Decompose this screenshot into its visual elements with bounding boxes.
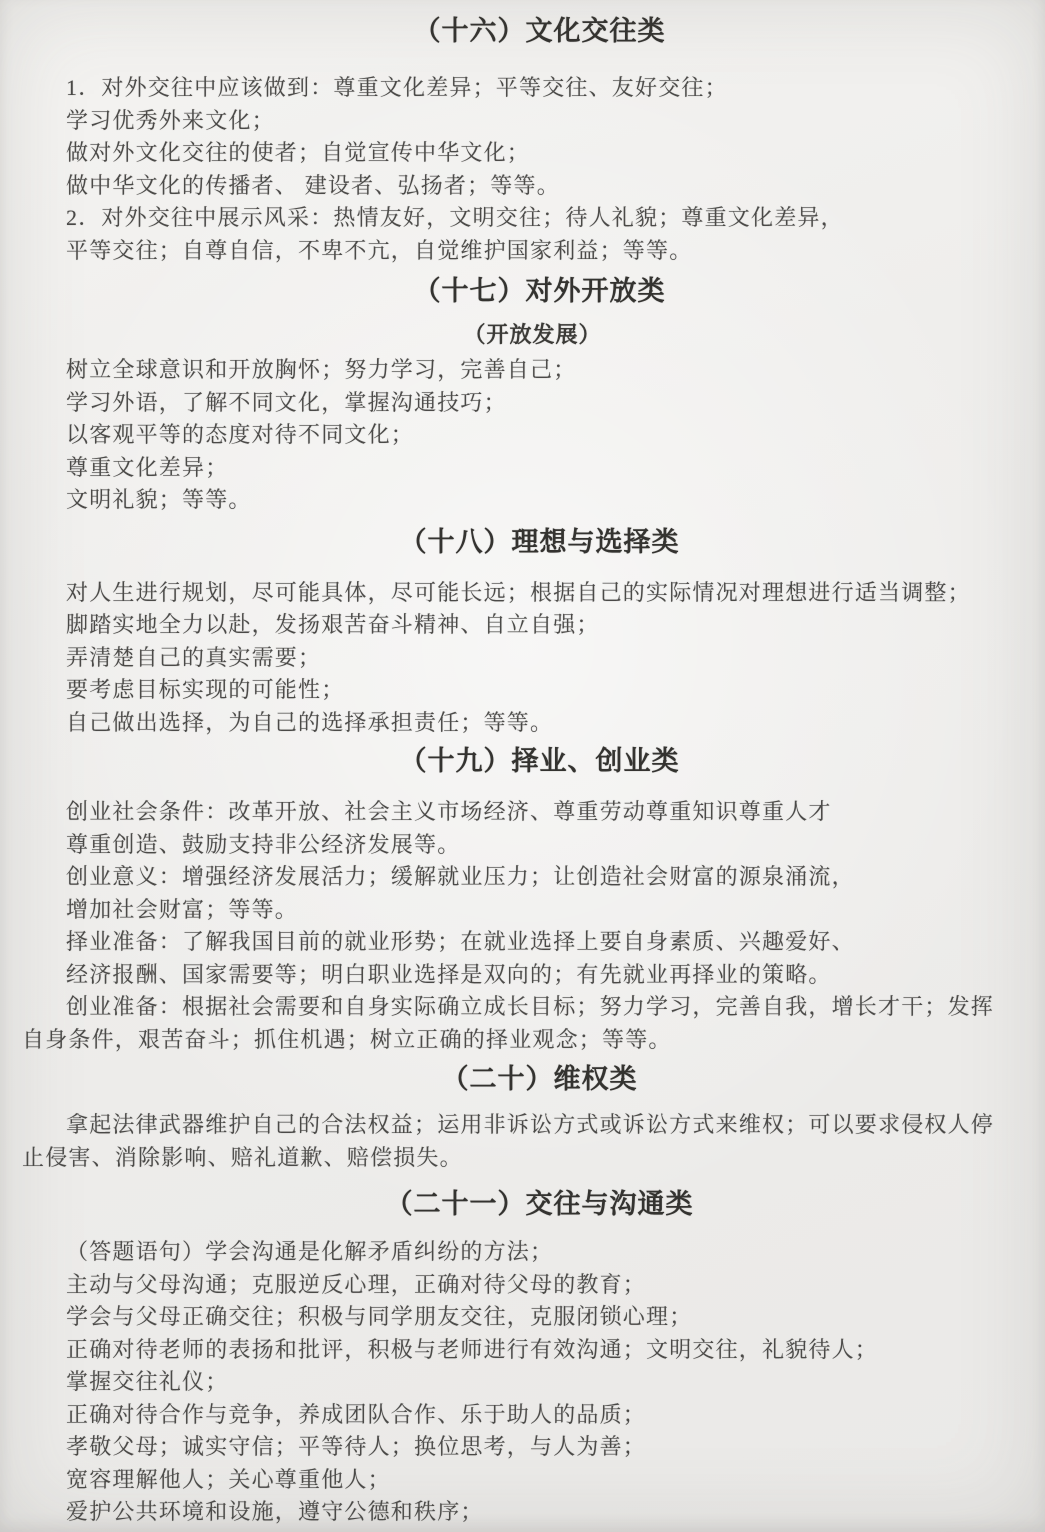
text-line: 创业准备：根据社会需要和自身实际确立成长目标；努力学习，完善自我，增长才干；发挥 <box>22 991 1027 1024</box>
text-line: 以客观平等的态度对待不同文化； <box>22 419 1027 452</box>
text-line: 做中华文化的传播者、 建设者、弘扬者；等等。 <box>22 170 1027 203</box>
section-subtitle: （开放发展） <box>30 320 1035 350</box>
section-body: 创业社会条件：改革开放、社会主义市场经济、尊重劳动尊重知识尊重人才尊重创造、鼓励… <box>22 796 1027 1056</box>
text-line: （答题语句）学会沟通是化解矛盾纠纷的方法； <box>22 1236 1027 1269</box>
section-s17: （十七）对外开放类 （开放发展） 树立全球意识和开放胸怀；努力学习，完善自己；学… <box>22 274 1027 517</box>
text-line: 尊重文化差异； <box>22 452 1027 485</box>
text-line: 对人生进行规划，尽可能具体，尽可能长远；根据自己的实际情况对理想进行适当调整； <box>22 577 1027 610</box>
text-line: 文明礼貌；等等。 <box>22 484 1027 517</box>
text-line: 宽容理解他人；关心尊重他人； <box>22 1464 1027 1497</box>
text-line: 学习外语，了解不同文化，掌握沟通技巧； <box>22 387 1027 420</box>
text-line: 做对外文化交往的使者；自觉宣传中华文化； <box>22 137 1027 170</box>
section-body: （答题语句）学会沟通是化解矛盾纠纷的方法；主动与父母沟通；克服逆反心理，正确对待… <box>22 1236 1027 1529</box>
text-line: 拿起法律武器维护自己的合法权益；运用非诉讼方式或诉讼方式来维权；可以要求侵权人停 <box>22 1109 1027 1142</box>
text-line: 正确对待合作与竞争，养成团队合作、乐于助人的品质； <box>22 1399 1027 1432</box>
section-body: 对人生进行规划，尽可能具体，尽可能长远；根据自己的实际情况对理想进行适当调整；脚… <box>22 577 1027 740</box>
text-line: 尊重创造、鼓励支持非公经济发展等。 <box>22 829 1027 862</box>
text-line: 爱护公共环境和设施，遵守公德和秩序； <box>22 1496 1027 1529</box>
text-line: 择业准备：了解我国目前的就业形势；在就业选择上要自身素质、兴趣爱好、 <box>22 926 1027 959</box>
section-body: 1．对外交往中应该做到：尊重文化差异；平等交往、友好交往；学习优秀外来文化；做对… <box>22 72 1027 267</box>
section-title: （十七）对外开放类 <box>37 274 1042 308</box>
text-line: 主动与父母沟通；克服逆反心理，正确对待父母的教育； <box>22 1269 1027 1302</box>
text-line: 自身条件，艰苦奋斗；抓住机遇；树立正确的择业观念；等等。 <box>22 1024 1027 1057</box>
section-title: （十九）择业、创业类 <box>37 744 1042 778</box>
text-line: 1．对外交往中应该做到：尊重文化差异；平等交往、友好交往； <box>22 72 1027 105</box>
text-line: 学习优秀外来文化； <box>22 105 1027 138</box>
text-line: 平等交往；自尊自信，不卑不亢，自觉维护国家利益；等等。 <box>22 235 1027 268</box>
section-s20: （二十）维权类 拿起法律武器维护自己的合法权益；运用非诉讼方式或诉讼方式来维权；… <box>22 1062 1027 1174</box>
text-line: 树立全球意识和开放胸怀；努力学习，完善自己； <box>22 354 1027 387</box>
scanned-document-page: （十六）文化交往类 1．对外交往中应该做到：尊重文化差异；平等交往、友好交往；学… <box>0 0 1045 1532</box>
text-line: 经济报酬、国家需要等；明白职业选择是双向的；有先就业再择业的策略。 <box>22 959 1027 992</box>
section-title: （二十一）交往与沟通类 <box>37 1187 1042 1221</box>
text-line: 学会与父母正确交往；积极与同学朋友交往，克服闭锁心理； <box>22 1301 1027 1334</box>
document-page-content: （十六）文化交往类 1．对外交往中应该做到：尊重文化差异；平等交往、友好交往；学… <box>0 14 1045 1529</box>
section-s21: （二十一）交往与沟通类 （答题语句）学会沟通是化解矛盾纠纷的方法；主动与父母沟通… <box>22 1187 1027 1529</box>
section-s16: （十六）文化交往类 1．对外交往中应该做到：尊重文化差异；平等交往、友好交往；学… <box>22 14 1027 267</box>
section-s18: （十八）理想与选择类 对人生进行规划，尽可能具体，尽可能长远；根据自己的实际情况… <box>22 525 1027 740</box>
section-title: （二十）维权类 <box>37 1062 1042 1096</box>
text-line: 增加社会财富；等等。 <box>22 894 1027 927</box>
section-title: （十六）文化交往类 <box>37 14 1042 48</box>
text-line: 止侵害、消除影响、赔礼道歉、赔偿损失。 <box>22 1142 1027 1175</box>
text-line: 孝敬父母；诚实守信；平等待人；换位思考，与人为善； <box>22 1431 1027 1464</box>
section-body: 树立全球意识和开放胸怀；努力学习，完善自己；学习外语，了解不同文化，掌握沟通技巧… <box>22 354 1027 517</box>
text-line: 脚踏实地全力以赴，发扬艰苦奋斗精神、自立自强； <box>22 609 1027 642</box>
section-s19: （十九）择业、创业类 创业社会条件：改革开放、社会主义市场经济、尊重劳动尊重知识… <box>22 744 1027 1056</box>
text-line: 正确对待老师的表扬和批评，积极与老师进行有效沟通；文明交往，礼貌待人； <box>22 1334 1027 1367</box>
text-line: 自己做出选择，为自己的选择承担责任；等等。 <box>22 707 1027 740</box>
section-body: 拿起法律武器维护自己的合法权益；运用非诉讼方式或诉讼方式来维权；可以要求侵权人停… <box>22 1109 1027 1174</box>
text-line: 要考虑目标实现的可能性； <box>22 674 1027 707</box>
text-line: 弄清楚自己的真实需要； <box>22 642 1027 675</box>
text-line: 掌握交往礼仪； <box>22 1366 1027 1399</box>
text-line: 2．对外交往中展示风采：热情友好，文明交往；待人礼貌；尊重文化差异， <box>22 202 1027 235</box>
text-line: 创业意义：增强经济发展活力；缓解就业压力；让创造社会财富的源泉涌流， <box>22 861 1027 894</box>
text-line: 创业社会条件：改革开放、社会主义市场经济、尊重劳动尊重知识尊重人才 <box>22 796 1027 829</box>
section-title: （十八）理想与选择类 <box>37 525 1042 559</box>
